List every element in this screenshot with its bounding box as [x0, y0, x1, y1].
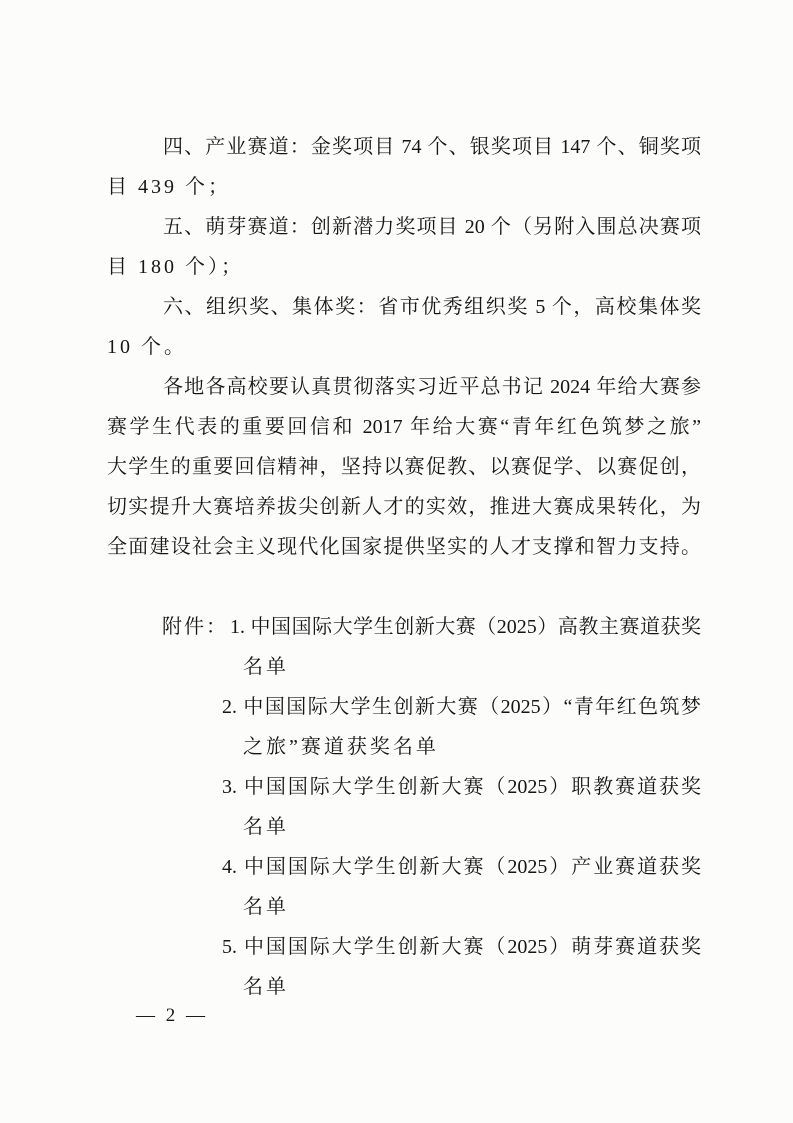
attachment-item-line: 4. 中国国际大学生创新大赛（2025）产业赛道获奖 [222, 847, 701, 887]
body-line: 五、萌芽赛道：创新潜力奖项目 20 个（另附入围总决赛项 [107, 207, 701, 247]
page-number: — 2 — [136, 1000, 208, 1032]
body-line: 四、产业赛道：金奖项目 74 个、银奖项目 147 个、铜奖项 [107, 127, 701, 167]
body-line: 各地各高校要认真贯彻落实习近平总书记 2024 年给大赛参 [107, 367, 701, 407]
document-page: 四、产业赛道：金奖项目 74 个、银奖项目 147 个、铜奖项 目 439 个；… [0, 0, 793, 1123]
body-line: 目 439 个； [107, 167, 701, 207]
attachment-item-line: 1. 中国国际大学生创新大赛（2025）高教主赛道获奖 [230, 607, 701, 647]
body-line: 10 个。 [107, 327, 701, 367]
body-line: 切实提升大赛培养拔尖创新人才的实效，推进大赛成果转化，为 [107, 487, 701, 527]
body-line: 全面建设社会主义现代化国家提供坚实的人才支撑和智力支持。 [107, 527, 701, 567]
attachment-item-line: 名单 [243, 647, 701, 687]
attachment-item-line: 5. 中国国际大学生创新大赛（2025）萌芽赛道获奖 [222, 927, 701, 967]
document-body: 四、产业赛道：金奖项目 74 个、银奖项目 147 个、铜奖项 目 439 个；… [107, 127, 701, 1007]
attachment-item-line: 名单 [243, 967, 701, 1007]
attachments-section: 附件： 1. 中国国际大学生创新大赛（2025）高教主赛道获奖 名单 2. 中国… [107, 607, 701, 1007]
attachment-item-line: 名单 [243, 807, 701, 847]
attachment-item-line: 3. 中国国际大学生创新大赛（2025）职教赛道获奖 [222, 767, 701, 807]
body-line: 目 180 个）； [107, 247, 701, 287]
attachments-label: 附件： [162, 607, 228, 647]
attachment-item-line: 之旅”赛道获奖名单 [243, 727, 701, 767]
attachment-item-line: 2. 中国国际大学生创新大赛（2025）“青年红色筑梦 [222, 687, 701, 727]
attachment-item: 附件： 1. 中国国际大学生创新大赛（2025）高教主赛道获奖 [162, 607, 701, 647]
attachment-item-line: 名单 [243, 887, 701, 927]
body-line: 大学生的重要回信精神，坚持以赛促教、以赛促学、以赛促创， [107, 447, 701, 487]
body-line: 赛学生代表的重要回信和 2017 年给大赛“青年红色筑梦之旅” [107, 407, 701, 447]
body-line: 六、组织奖、集体奖：省市优秀组织奖 5 个，高校集体奖 [107, 287, 701, 327]
